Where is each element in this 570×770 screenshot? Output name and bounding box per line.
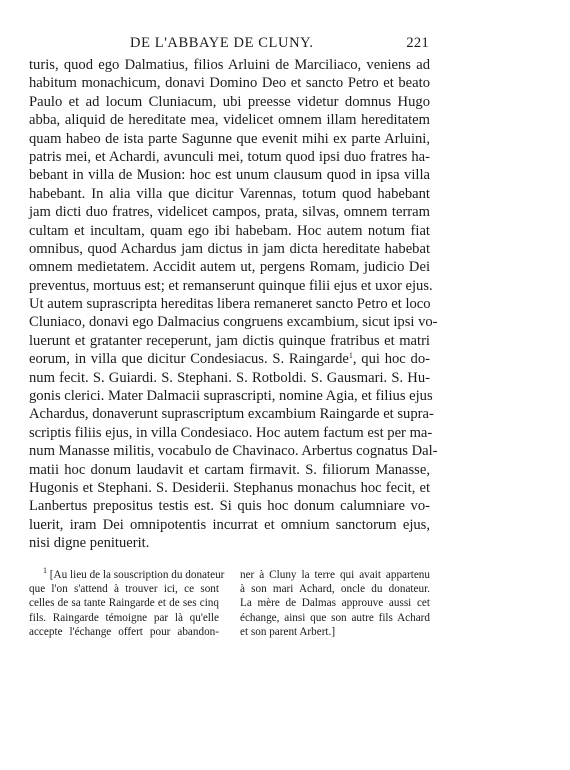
page: DE L'ABBAYE DE CLUNY. 221 turis, quod eg… — [29, 33, 430, 553]
text-line: omnibus, quod Achardus jam dictus in jam… — [29, 240, 430, 258]
text-line: jam dicti duo fratres, videlicet campos,… — [29, 203, 430, 221]
footnotes: 1 [Au lieu de la souscription du donateu… — [29, 568, 430, 658]
footnote-line: que l'on s'attend à trouver ici, ce sont — [29, 582, 219, 596]
text-line: num Manasse militis, vocabulo de Chavina… — [29, 442, 430, 460]
text-line: Cluniaco, donavi ego Dalmacius congruens… — [29, 313, 430, 331]
text-line: habebant. In alia villa que dicitur Vare… — [29, 185, 430, 203]
text-line: abba, aliquid de hereditate mea, videlic… — [29, 111, 430, 129]
text-line: omnem medietatem. Accidit autem ut, perg… — [29, 258, 430, 276]
page-number: 221 — [406, 35, 429, 52]
footnote-line: accepte l'échange offert pour abandon- — [29, 625, 219, 639]
text-line-with-footnote: eorum, in villa que dicitur Condesiacus.… — [29, 350, 430, 368]
text-line: num fecit. S. Guiardi. S. Stephani. S. R… — [29, 369, 430, 387]
text-line: patris mei, et Achardi, avunculi mei, to… — [29, 148, 430, 166]
body-text: turis, quod ego Dalmatius, filios Arluin… — [29, 56, 430, 553]
footnote-line: ner à Cluny la terre qui avait appartenu — [240, 568, 430, 582]
text-line: Lanbertus prepositus testis est. Si quis… — [29, 497, 430, 515]
footnote-line: 1 [Au lieu de la souscription du donateu… — [29, 568, 219, 582]
text-line: Paulo et ad locum Cluniacum, ubi preesse… — [29, 93, 430, 111]
text-line: Hugonis et Stephani. S. Desiderii. Steph… — [29, 479, 430, 497]
text-line: Ut autem suprascripta hereditas libera r… — [29, 295, 430, 313]
footnote-column-left: 1 [Au lieu de la souscription du donateu… — [29, 568, 219, 639]
text-segment: eorum, in villa que dicitur Condesiacus.… — [29, 351, 349, 367]
footnote-line: et son parent Arbert.] — [240, 625, 430, 639]
text-line: luerit, iram Dei omnipotentis incurrat e… — [29, 516, 430, 534]
running-title: DE L'ABBAYE DE CLUNY. — [130, 35, 314, 52]
footnote-line: échange, ainsi que son autre fils Achard — [240, 611, 430, 625]
text-line: nisi digne penituerit. — [29, 534, 430, 552]
running-head: DE L'ABBAYE DE CLUNY. 221 — [29, 33, 430, 55]
text-line: preventus, mortuus est; et remanserunt q… — [29, 277, 430, 295]
text-line: luerunt et gratanter receperunt, jam dic… — [29, 332, 430, 350]
text-line: gonis clerici. Mater Dalmacii suprascrip… — [29, 387, 430, 405]
text-line: Achardus, donaverunt suprascriptum excam… — [29, 405, 430, 423]
footnote-marker: 1 — [43, 566, 47, 575]
footnote-line: à son mari Achard, oncle du donateur. — [240, 582, 430, 596]
footnote-line: La mère de Dalmas approuve aussi cet — [240, 596, 430, 610]
text-line: matii hoc donum laudavit et cartam firma… — [29, 461, 430, 479]
text-line: quam habeo de ista parte Sagunne que eve… — [29, 130, 430, 148]
text-line: turis, quod ego Dalmatius, filios Arluin… — [29, 56, 430, 74]
text-line: cultam et incultam, quam ego ibi habebam… — [29, 222, 430, 240]
text-line: scriptis filiis ejus, in villa Condesiac… — [29, 424, 430, 442]
text-line: habitum monachicum, donavi Domino Deo et… — [29, 74, 430, 92]
footnote-line: fils. Raingarde témoigne par là qu'elle — [29, 611, 219, 625]
text-segment: , qui hoc do- — [353, 351, 430, 367]
footnote-line: celles de sa tante Raingarde et de ses c… — [29, 596, 219, 610]
text-line: bebant in villa de Musion: hoc est unum … — [29, 166, 430, 184]
footnote-column-right: ner à Cluny la terre qui avait appartenu… — [240, 568, 430, 639]
